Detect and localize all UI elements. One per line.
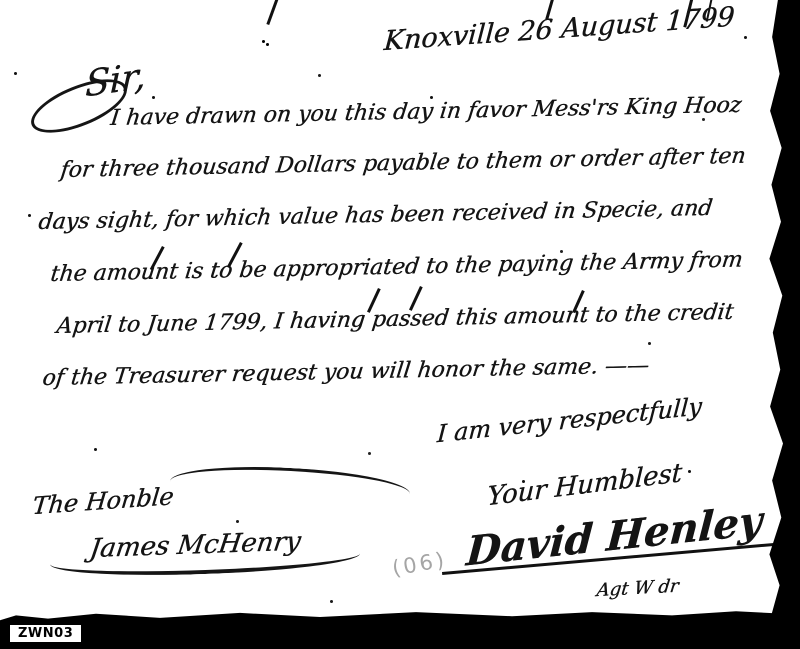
addressee-swash	[169, 462, 411, 514]
scan-edge-right	[766, 0, 800, 616]
scan-edge-bottom	[0, 608, 800, 649]
scan-noise-specks	[0, 0, 3, 3]
corner-label: ZWN03	[10, 625, 81, 642]
body-line-2: for three thousand Dollars payable to th…	[59, 144, 747, 183]
salutation: Sir,	[85, 56, 147, 106]
body-line-3: days sight, for which value has been rec…	[37, 196, 714, 235]
pencil-stamp: (06)	[390, 547, 448, 580]
addressee-line-1: The Honble	[31, 482, 175, 520]
body-line-1: I have drawn on you this day in favor Me…	[109, 93, 743, 131]
signature-note: Agt W dr	[595, 576, 679, 601]
body-line-5: April to June 1799, I having passed this…	[55, 300, 735, 339]
closing-line-1: I am very respectfully	[436, 392, 703, 448]
scanned-letter-page: Knoxville 26 August 1799 Sir, I have dra…	[0, 0, 800, 649]
ink-stroke-fragment	[266, 0, 280, 25]
closing-line-2: Your Humblest	[486, 458, 682, 512]
body-line-6: of the Treasurer request you will honor …	[41, 353, 650, 391]
dateline: Knoxville 26 August 1799	[383, 1, 736, 57]
